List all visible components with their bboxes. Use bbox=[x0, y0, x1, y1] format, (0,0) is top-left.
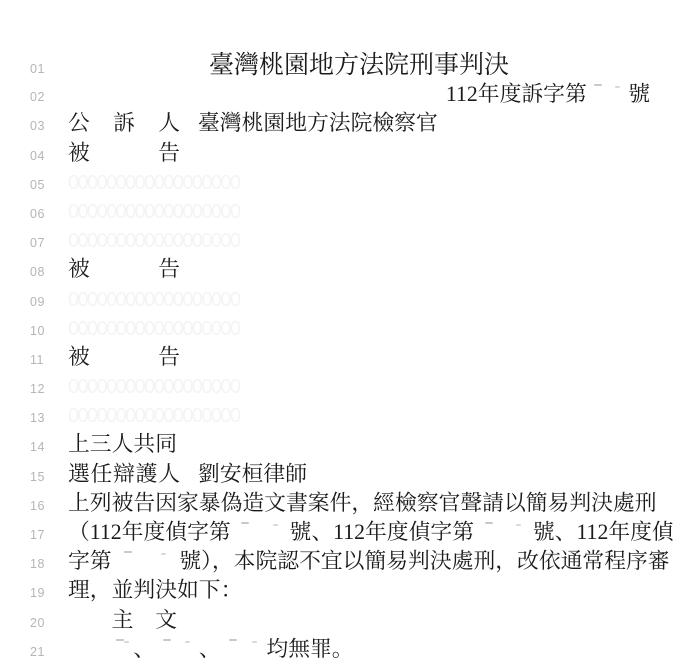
redaction-mark bbox=[221, 638, 267, 656]
line-number: 04 bbox=[30, 142, 68, 171]
document-line: 13000000000000000000 bbox=[0, 401, 688, 430]
line-number: 18 bbox=[30, 550, 68, 579]
line-content: 000000000000000000 bbox=[68, 168, 650, 198]
line-number: 13 bbox=[30, 404, 68, 433]
line-number: 20 bbox=[30, 609, 68, 638]
party-label-char: 人 bbox=[158, 109, 180, 138]
line-content: 000000000000000000 bbox=[68, 314, 650, 344]
line-number: 14 bbox=[30, 433, 68, 462]
line-text-segment: （112年度偵字第 bbox=[68, 520, 231, 544]
party-label-char: 護 bbox=[136, 460, 158, 489]
line-content: 選任辯護人劉安桓律師 bbox=[68, 460, 650, 489]
redacted-line-text: 000000000000000000 bbox=[68, 289, 239, 311]
document-line: 08被告 bbox=[0, 255, 688, 284]
line-text-segment bbox=[68, 637, 112, 661]
document-line: 18字第號），本院認不宜以簡易判決處刑，改依通常程序審 bbox=[0, 547, 688, 576]
document-line: 15選任辯護人劉安桓律師 bbox=[0, 460, 688, 489]
document-title: 臺灣桃園地方法院刑事判決 bbox=[68, 51, 650, 80]
redacted-line-text: 000000000000000000 bbox=[68, 405, 239, 427]
document-line: 07000000000000000000 bbox=[0, 226, 688, 255]
line-content: （112年度偵字第號、112年度偵字第號、112年度偵 bbox=[68, 518, 650, 547]
party-label-char: 訴 bbox=[113, 109, 135, 138]
party-label-char: 被 bbox=[68, 343, 90, 372]
line-text-segment: 號），本院認不宜以簡易判決處刑，改依通常程序審 bbox=[179, 549, 669, 573]
party-value: 臺灣桃園地方法院檢察官 bbox=[198, 111, 438, 135]
redaction-mark bbox=[474, 521, 533, 539]
document-lines: 01臺灣桃園地方法院刑事判決02112年度訴字第號03公訴人臺灣桃園地方法院檢察… bbox=[0, 51, 688, 664]
line-text: 理，並判決如下： bbox=[68, 578, 242, 602]
redaction-mark bbox=[155, 638, 199, 656]
line-number: 09 bbox=[30, 288, 68, 317]
line-content: 112年度訴字第號 bbox=[68, 80, 650, 109]
document-line: 16上列被告因家暴偽造文書案件，經檢察官聲請以簡易判決處刑 bbox=[0, 489, 688, 518]
redaction-mark bbox=[587, 83, 628, 101]
document-line: 10000000000000000000 bbox=[0, 314, 688, 343]
redaction-mark bbox=[112, 550, 180, 568]
line-content: 被告 bbox=[68, 255, 650, 284]
line-number: 06 bbox=[30, 200, 68, 229]
line-number: 15 bbox=[30, 463, 68, 492]
document-line: 09000000000000000000 bbox=[0, 285, 688, 314]
document-line: 03公訴人臺灣桃園地方法院檢察官 bbox=[0, 109, 688, 138]
redacted-line-text: 000000000000000000 bbox=[68, 201, 239, 223]
line-content: 000000000000000000 bbox=[68, 285, 650, 315]
line-text-segment: 112年度訴字第 bbox=[446, 82, 587, 106]
line-text: 臺灣桃園地方法院刑事判決 bbox=[209, 52, 509, 79]
party-label-char: 公 bbox=[68, 109, 90, 138]
document-line: 05000000000000000000 bbox=[0, 168, 688, 197]
party-label-char: 辯 bbox=[113, 460, 135, 489]
party-label: 公訴人 bbox=[68, 109, 180, 138]
redacted-line-text: 000000000000000000 bbox=[68, 172, 239, 194]
line-content: 字第號），本院認不宜以簡易判決處刑，改依通常程序審 bbox=[68, 547, 650, 576]
party-label-char: 人 bbox=[158, 460, 180, 489]
party-label-char: 告 bbox=[158, 255, 180, 284]
party-label: 被告 bbox=[68, 343, 180, 372]
judgment-document-page: 01臺灣桃園地方法院刑事判決02112年度訴字第號03公訴人臺灣桃園地方法院檢察… bbox=[0, 0, 688, 671]
line-content: 被告 bbox=[68, 343, 650, 372]
line-number: 02 bbox=[30, 83, 68, 112]
line-content: 、、均無罪。 bbox=[68, 635, 650, 664]
redacted-line-text: 000000000000000000 bbox=[68, 376, 239, 398]
line-content: 上三人共同 bbox=[68, 430, 650, 459]
line-content: 被告 bbox=[68, 139, 650, 168]
line-content: 000000000000000000 bbox=[68, 372, 650, 402]
party-label: 被告 bbox=[68, 139, 180, 168]
line-text: 上三人共同 bbox=[68, 432, 177, 456]
line-number: 05 bbox=[30, 171, 68, 200]
line-text-segment: 號、112年度偵 bbox=[533, 520, 674, 544]
line-number: 01 bbox=[30, 55, 68, 84]
redaction-mark bbox=[112, 638, 134, 656]
line-text-segment: 號、112年度偵字第 bbox=[290, 520, 474, 544]
line-number: 03 bbox=[30, 112, 68, 141]
line-content: 理，並判決如下： bbox=[68, 576, 650, 605]
line-text-segment: 號 bbox=[628, 82, 650, 106]
document-line: 19理，並判決如下： bbox=[0, 576, 688, 605]
line-text-segment: 字第 bbox=[68, 549, 112, 573]
document-line: 01臺灣桃園地方法院刑事判決 bbox=[0, 51, 688, 80]
line-content: 主 文 bbox=[68, 606, 650, 635]
party-value: 劉安桓律師 bbox=[198, 462, 307, 486]
party-label: 被告 bbox=[68, 255, 180, 284]
line-text: 主 文 bbox=[68, 608, 177, 632]
line-content: 000000000000000000 bbox=[68, 197, 650, 227]
document-line: 06000000000000000000 bbox=[0, 197, 688, 226]
line-text: 上列被告因家暴偽造文書案件，經檢察官聲請以簡易判決處刑 bbox=[68, 491, 657, 515]
document-line: 02112年度訴字第號 bbox=[0, 80, 688, 109]
line-number: 16 bbox=[30, 492, 68, 521]
document-line: 04被告 bbox=[0, 139, 688, 168]
redacted-line-text: 000000000000000000 bbox=[68, 230, 239, 252]
line-content: 000000000000000000 bbox=[68, 401, 650, 431]
line-text-segment: 、 bbox=[133, 637, 155, 661]
line-number: 08 bbox=[30, 258, 68, 287]
document-line: 12000000000000000000 bbox=[0, 372, 688, 401]
document-line: 17（112年度偵字第號、112年度偵字第號、112年度偵 bbox=[0, 518, 688, 547]
redaction-mark bbox=[231, 521, 290, 539]
line-number: 07 bbox=[30, 229, 68, 258]
line-number: 19 bbox=[30, 579, 68, 608]
line-number: 12 bbox=[30, 375, 68, 404]
line-number: 11 bbox=[30, 346, 68, 375]
document-line: 11被告 bbox=[0, 343, 688, 372]
line-content: 上列被告因家暴偽造文書案件，經檢察官聲請以簡易判決處刑 bbox=[68, 489, 650, 518]
line-number: 21 bbox=[30, 638, 68, 667]
line-number: 17 bbox=[30, 521, 68, 550]
document-line: 21 、、均無罪。 bbox=[0, 635, 688, 664]
party-label-char: 任 bbox=[91, 460, 113, 489]
line-content: 公訴人臺灣桃園地方法院檢察官 bbox=[68, 109, 650, 138]
party-label-char: 被 bbox=[68, 255, 90, 284]
party-label-char: 選 bbox=[68, 460, 90, 489]
party-label-char: 被 bbox=[68, 139, 90, 168]
party-label: 選任辯護人 bbox=[68, 460, 180, 489]
line-content: 000000000000000000 bbox=[68, 226, 650, 256]
document-line: 20 主 文 bbox=[0, 606, 688, 635]
redacted-line-text: 000000000000000000 bbox=[68, 318, 239, 340]
line-number: 10 bbox=[30, 317, 68, 346]
party-label-char: 告 bbox=[158, 139, 180, 168]
line-text-segment: 均無罪。 bbox=[266, 637, 353, 661]
party-label-char: 告 bbox=[158, 343, 180, 372]
document-line: 14上三人共同 bbox=[0, 430, 688, 459]
line-text-segment: 、 bbox=[199, 637, 221, 661]
